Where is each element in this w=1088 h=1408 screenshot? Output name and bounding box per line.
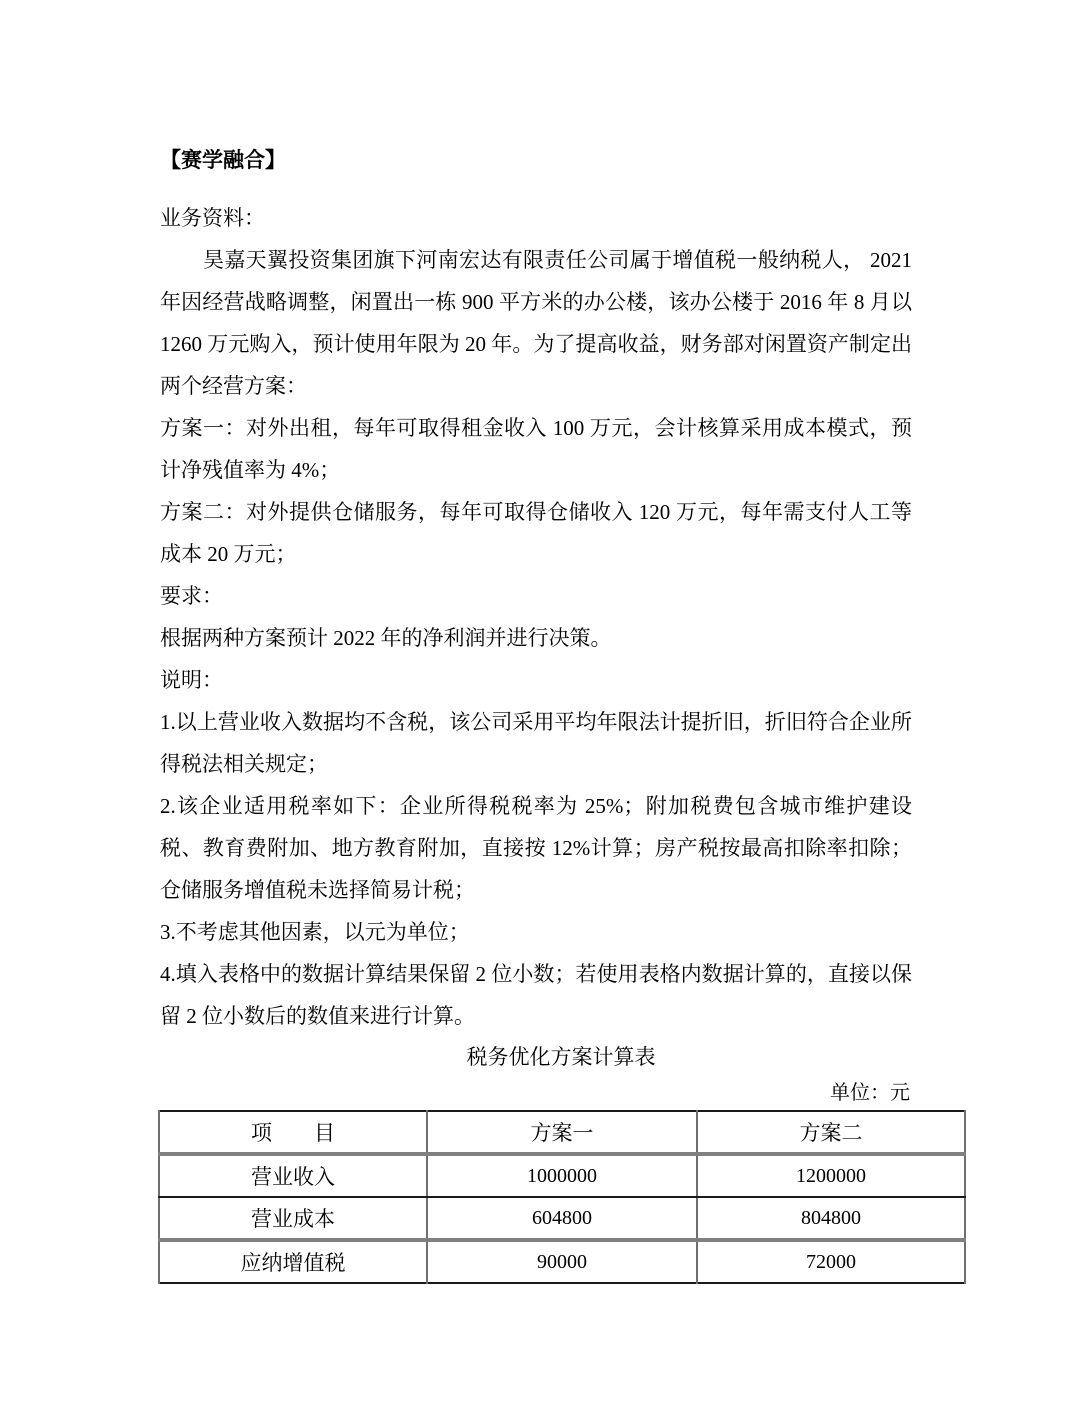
table-row-vat: 应纳增值税 90000 72000 [159, 1240, 965, 1283]
document-text-column: 【赛学融合】 业务资料： 昊嘉天翼投资集团旗下河南宏达有限责任公司属于增值税一般… [160, 139, 912, 1039]
column-header-plan1: 方案一 [427, 1111, 697, 1154]
cell-vat-plan2: 72000 [697, 1240, 965, 1283]
column-header-plan2: 方案二 [697, 1111, 965, 1154]
notes-label: 说明： [160, 659, 912, 701]
cell-cost-label: 营业成本 [159, 1197, 427, 1240]
cell-revenue-label: 营业收入 [159, 1154, 427, 1197]
note-1: 1.以上营业收入数据均不含税，该公司采用平均年限法计提折旧，折旧符合企业所得税法… [160, 701, 912, 785]
cell-revenue-plan2: 1200000 [697, 1154, 965, 1197]
document-page: 【赛学融合】 业务资料： 昊嘉天翼投资集团旗下河南宏达有限责任公司属于增值税一般… [0, 0, 1088, 1408]
note-4: 4.填入表格中的数据计算结果保留 2 位小数；若使用表格内数据计算的，直接以保留… [160, 953, 912, 1037]
unit-note: 单位：元 [158, 1078, 910, 1108]
requirement-label: 要求： [160, 575, 912, 617]
business-materials-label: 业务资料： [160, 197, 912, 239]
plan1-paragraph: 方案一：对外出租，每年可取得租金收入 100 万元，会计核算采用成本模式，预计净… [160, 407, 912, 491]
note-2: 2.该企业适用税率如下：企业所得税税率为 25%；附加税费包含城市维护建设税、教… [160, 785, 912, 911]
tag-header: 【赛学融合】 [160, 139, 912, 181]
requirement-text: 根据两种方案预计 2022 年的净利润并进行决策。 [160, 617, 912, 659]
cell-cost-plan1: 604800 [427, 1197, 697, 1240]
table-row-cost: 营业成本 604800 804800 [159, 1197, 965, 1240]
cell-vat-plan1: 90000 [427, 1240, 697, 1283]
cell-cost-plan2: 804800 [697, 1197, 965, 1240]
note-3: 3.不考虑其他因素，以元为单位； [160, 911, 912, 953]
cell-revenue-plan1: 1000000 [427, 1154, 697, 1197]
table-title: 税务优化方案计算表 [158, 1036, 964, 1078]
calc-table-section: 税务优化方案计算表 单位：元 项 目 方案一 方案二 营业收入 1000000 … [158, 1036, 964, 1284]
column-header-item: 项 目 [159, 1111, 427, 1154]
table-header-row: 项 目 方案一 方案二 [159, 1111, 965, 1154]
cell-vat-label: 应纳增值税 [159, 1240, 427, 1283]
table-row-revenue: 营业收入 1000000 1200000 [159, 1154, 965, 1197]
intro-paragraph: 昊嘉天翼投资集团旗下河南宏达有限责任公司属于增值税一般纳税人， 2021 年因经… [160, 239, 912, 407]
tax-plan-calc-table: 项 目 方案一 方案二 营业收入 1000000 1200000 营业成本 60… [158, 1110, 966, 1284]
plan2-paragraph: 方案二：对外提供仓储服务，每年可取得仓储收入 120 万元，每年需支付人工等成本… [160, 491, 912, 575]
